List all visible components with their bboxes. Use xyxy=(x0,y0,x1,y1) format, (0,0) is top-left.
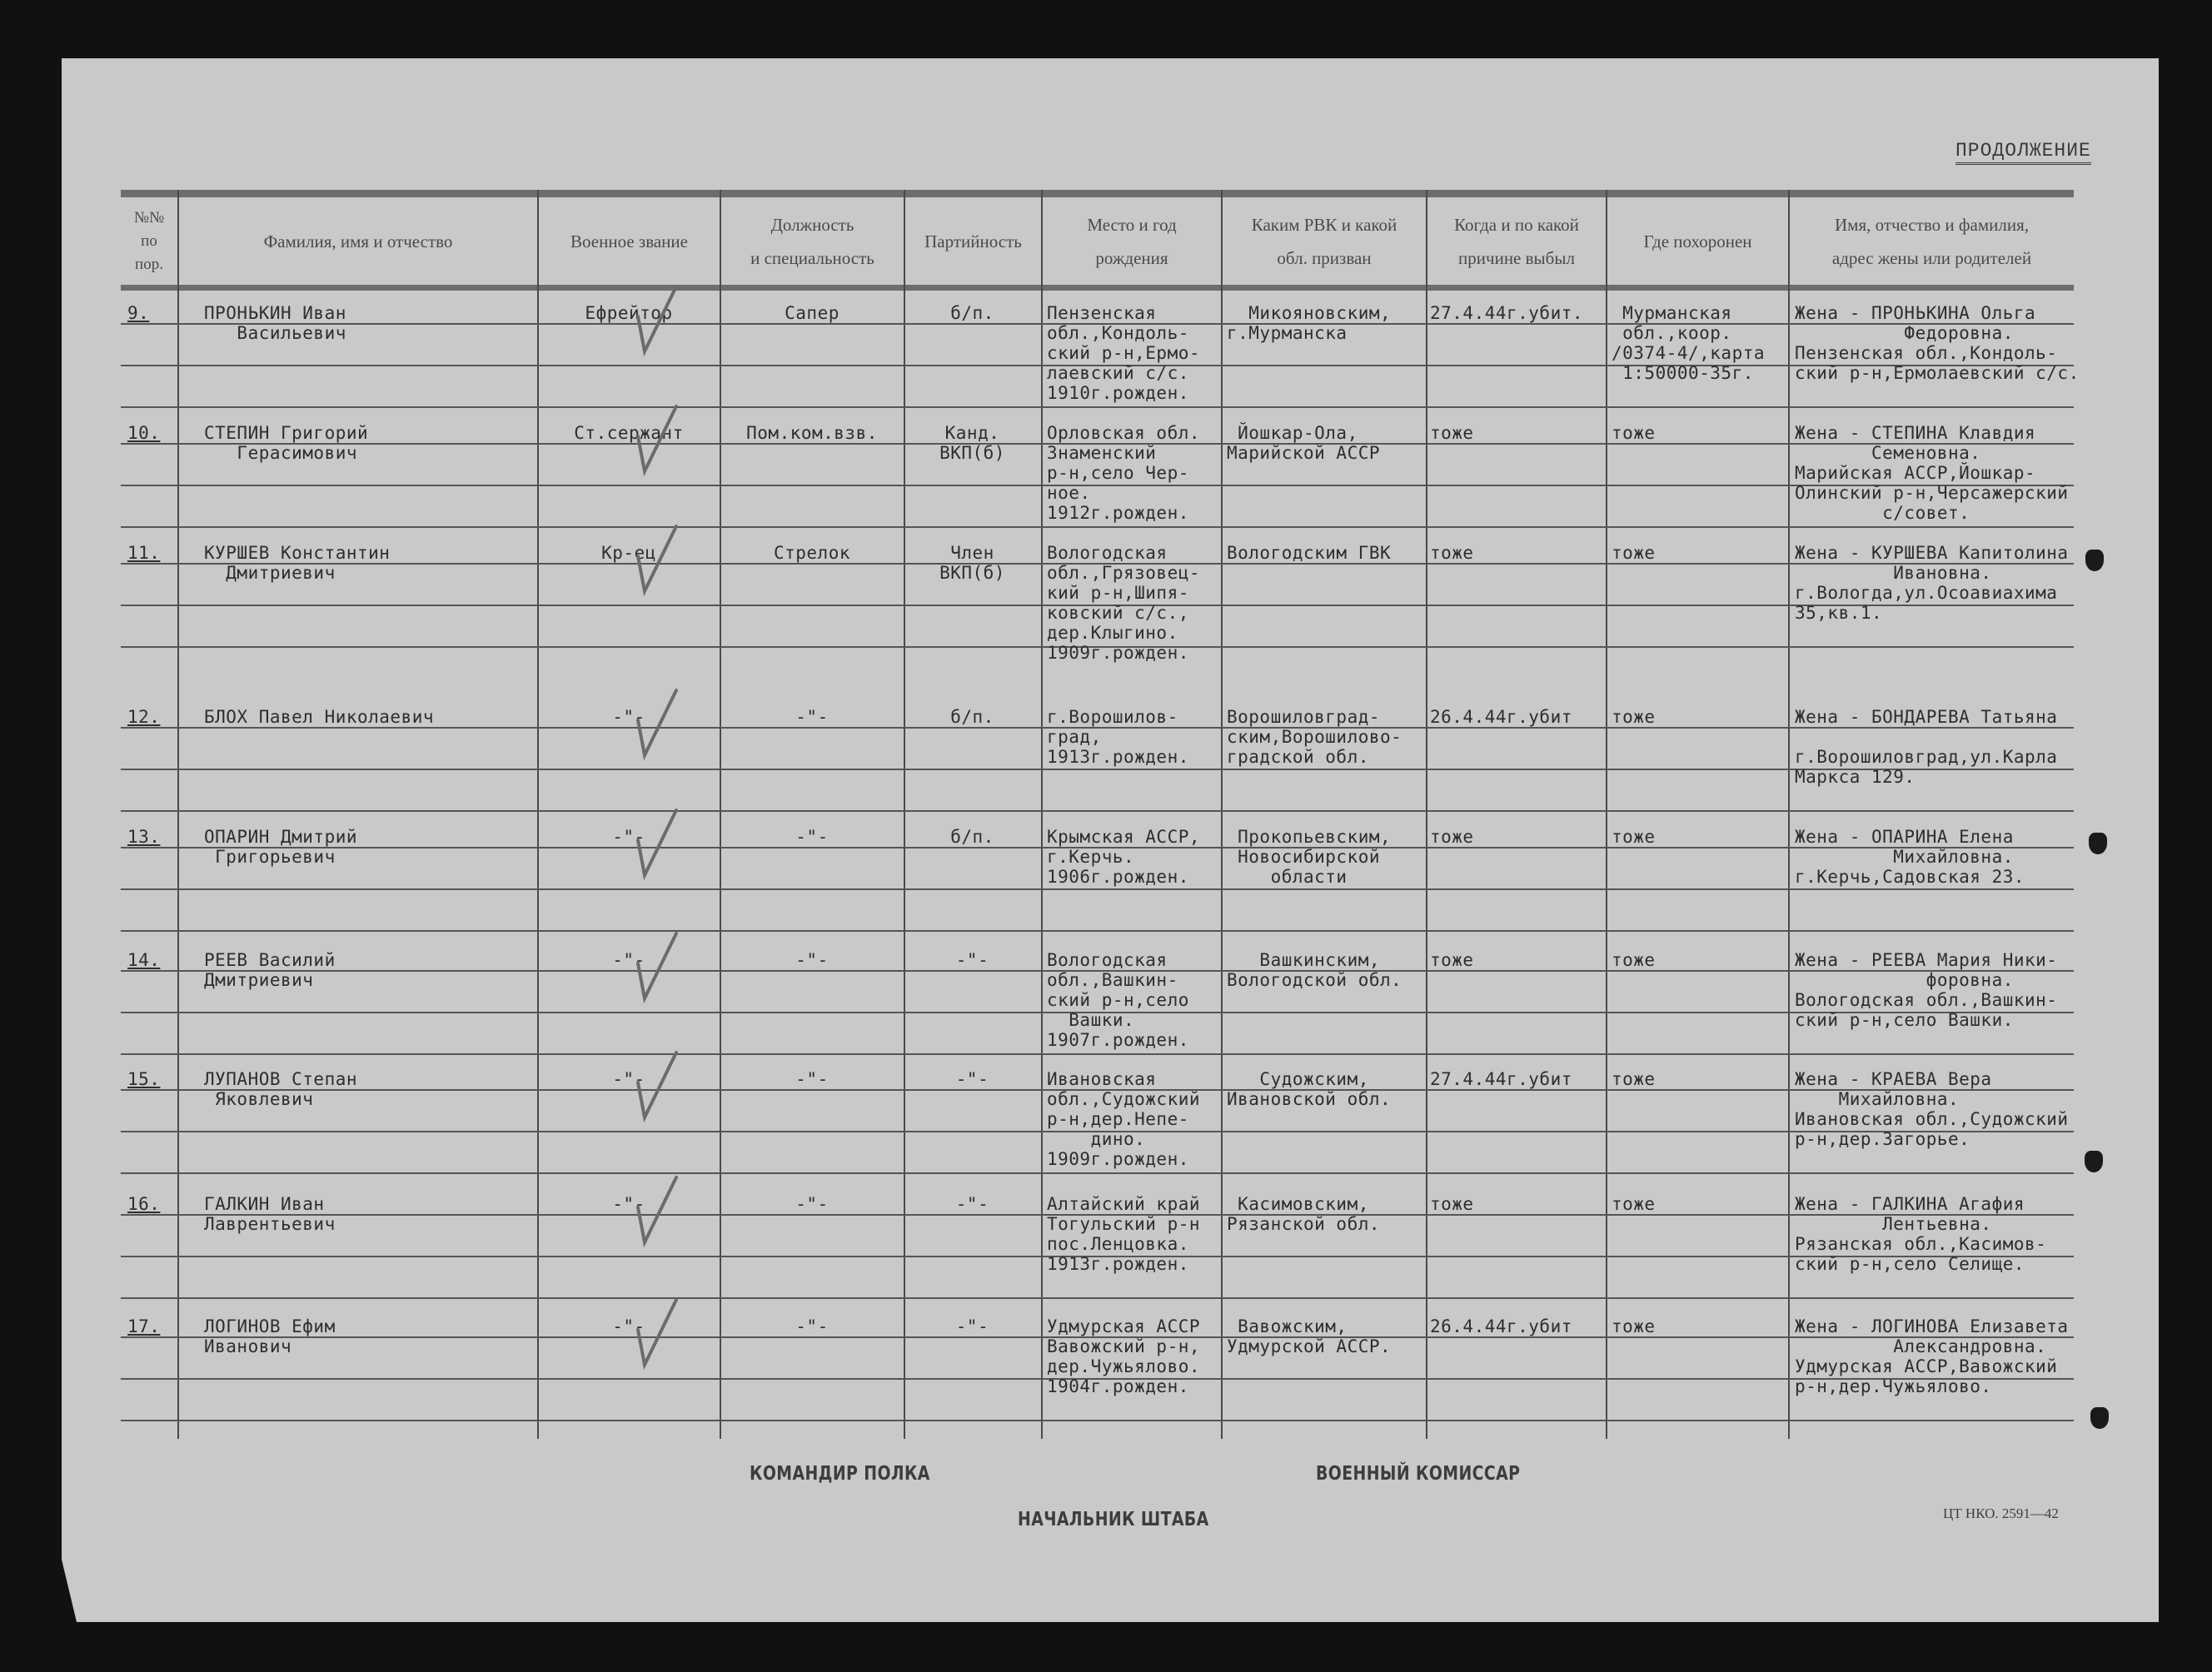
cell-relatives: Жена - КРАЕВА Вера Михайловна. Ивановска… xyxy=(1795,1069,2074,1149)
cell-relatives: Жена - ГАЛКИНА Агафия Лентьевна. Рязанск… xyxy=(1795,1194,2074,1274)
ruled-line xyxy=(121,930,2074,932)
cell-departure: тоже xyxy=(1430,1194,1605,1214)
military-commissar-label: ВОЕННЫЙ КОМИССАР xyxy=(1316,1463,1520,1485)
cell-rank: -"- xyxy=(541,1316,716,1336)
cell-name: КУРШЕВ Константин Дмитриевич xyxy=(204,543,529,583)
cell-name: БЛОХ Павел Николаевич xyxy=(204,707,529,727)
cell-draft: Вашкинским, Вологодской обл. xyxy=(1227,950,1427,990)
header-bottom-rule xyxy=(121,285,2074,291)
cell-position: -"- xyxy=(725,827,899,847)
casualty-table: №№ по пор. Фамилия, имя и отчество Военн… xyxy=(121,190,2074,1439)
header-draft-office: Каким РВК и какой обл. призван xyxy=(1223,197,1426,285)
table-row: 12.БЛОХ Павел Николаевич-"--"-б/п.г.Воро… xyxy=(121,695,2074,815)
cell-rank: -"- xyxy=(541,950,716,970)
cell-draft: Судожским, Ивановской обл. xyxy=(1227,1069,1427,1109)
cell-burial: тоже xyxy=(1612,950,1788,970)
cell-name: СТЕПИН Григорий Герасимович xyxy=(204,423,529,463)
table-row: 10.СТЕПИН Григорий ГерасимовичСт.сержант… xyxy=(121,411,2074,531)
cell-relatives: Жена - ОПАРИНА Елена Михайловна. г.Керчь… xyxy=(1795,827,2074,887)
cell-departure: тоже xyxy=(1430,827,1605,847)
cell-draft: Вавожским, Удмурской АССР. xyxy=(1227,1316,1427,1356)
punch-hole xyxy=(2085,550,2104,571)
header-party: Партийность xyxy=(905,197,1041,285)
cell-num: 11. xyxy=(127,543,174,563)
cell-position: -"- xyxy=(725,707,899,727)
cell-party: -"- xyxy=(908,950,1037,970)
header-number: №№ по пор. xyxy=(121,197,177,285)
cell-position: -"- xyxy=(725,950,899,970)
ruled-line xyxy=(121,769,2074,770)
cell-position: -"- xyxy=(725,1194,899,1214)
cell-rank: Кр-ец xyxy=(541,543,716,563)
cell-birth: Удмурская АССР Вавожский р-н, дер.Чужьял… xyxy=(1047,1316,1222,1396)
cell-departure: 26.4.44г.убит xyxy=(1430,707,1605,727)
cell-relatives: Жена - СТЕПИНА Клавдия Семеновна. Марийс… xyxy=(1795,423,2074,523)
cell-party: б/п. xyxy=(908,707,1037,727)
cell-draft: Йошкар-Ола, Марийской АССР xyxy=(1227,423,1427,463)
cell-name: ГАЛКИН Иван Лаврентьевич xyxy=(204,1194,529,1234)
cell-relatives: Жена - ЛОГИНОВА Елизавета Александровна.… xyxy=(1795,1316,2074,1396)
cell-rank: -"- xyxy=(541,827,716,847)
cell-num: 13. xyxy=(127,827,174,847)
ruled-line xyxy=(121,1172,2074,1174)
cell-party: Член ВКП(б) xyxy=(908,543,1037,583)
cell-birth: Вологодская обл.,Грязовец- кий р-н,Шипя-… xyxy=(1047,543,1222,663)
cell-burial: тоже xyxy=(1612,1194,1788,1214)
ruled-line xyxy=(121,810,2074,812)
cell-num: 14. xyxy=(127,950,174,970)
cell-name: ПРОНЬКИН Иван Васильевич xyxy=(204,303,529,343)
ruled-line xyxy=(121,1297,2074,1299)
cell-draft: Вологодским ГВК xyxy=(1227,543,1427,563)
cell-relatives: Жена - РЕЕВА Мария Ники- форовна. Волого… xyxy=(1795,950,2074,1030)
cell-departure: 27.4.44г.убит. xyxy=(1430,303,1605,323)
cell-burial: тоже xyxy=(1612,543,1788,563)
cell-party: -"- xyxy=(908,1194,1037,1214)
cell-burial: тоже xyxy=(1612,707,1788,727)
chief-of-staff-label: НАЧАЛЬНИК ШТАБА xyxy=(1018,1509,1209,1530)
table-row: 9.ПРОНЬКИН Иван ВасильевичЕфрейторСаперб… xyxy=(121,291,2074,411)
table-top-rule xyxy=(121,190,2074,197)
cell-departure: тоже xyxy=(1430,950,1605,970)
cell-rank: Ст.сержант xyxy=(541,423,716,443)
cell-party: б/п. xyxy=(908,827,1037,847)
cell-burial: тоже xyxy=(1612,1069,1788,1089)
cell-birth: Вологодская обл.,Вашкин- ский р-н,село В… xyxy=(1047,950,1222,1050)
ruled-line xyxy=(121,526,2074,528)
table-row: 15.ЛУПАНОВ Степан Яковлевич-"--"--"-Иван… xyxy=(121,1057,2074,1182)
table-row: 13.ОПАРИН Дмитрий Григорьевич-"--"-б/п.К… xyxy=(121,815,2074,938)
header-full-name: Фамилия, имя и отчество xyxy=(179,197,537,285)
cell-position: -"- xyxy=(725,1069,899,1089)
cell-draft: Микояновским, г.Мурманска xyxy=(1227,303,1427,343)
regiment-commander-label: КОМАНДИР ПОЛКА xyxy=(750,1463,930,1485)
continuation-label: ПРОДОЛЖЕНИЕ xyxy=(1955,140,2091,165)
cell-num: 17. xyxy=(127,1316,174,1336)
ruled-line xyxy=(121,888,2074,890)
cell-departure: 26.4.44г.убит xyxy=(1430,1316,1605,1336)
cell-name: ЛУПАНОВ Степан Яковлевич xyxy=(204,1069,529,1109)
cell-birth: Ивановская обл.,Судожский р-н,дер.Непе- … xyxy=(1047,1069,1222,1169)
header-departure: Когда и по какой причине выбыл xyxy=(1427,197,1606,285)
cell-party: -"- xyxy=(908,1069,1037,1089)
cell-draft: Ворошиловград- ским,Ворошилово- градской… xyxy=(1227,707,1427,767)
header-position: Должность и специальность xyxy=(721,197,904,285)
ruled-line xyxy=(121,406,2074,408)
table-row: 14.РЕЕВ Василий Дмитриевич-"--"--"-Волог… xyxy=(121,938,2074,1057)
cell-burial: тоже xyxy=(1612,827,1788,847)
cell-position: Сапер xyxy=(725,303,899,323)
cell-rank: -"- xyxy=(541,1194,716,1214)
punch-hole xyxy=(2089,833,2107,854)
cell-birth: Алтайский край Тогульский р-н пос.Ленцов… xyxy=(1047,1194,1222,1274)
cell-burial: тоже xyxy=(1612,423,1788,443)
cell-departure: тоже xyxy=(1430,543,1605,563)
cell-departure: тоже xyxy=(1430,423,1605,443)
cell-party: б/п. xyxy=(908,303,1037,323)
cell-name: ОПАРИН Дмитрий Григорьевич xyxy=(204,827,529,867)
cell-draft: Прокопьевским, Новосибирской области xyxy=(1227,827,1427,887)
ruled-line xyxy=(121,1420,2074,1421)
cell-position: Пом.ком.взв. xyxy=(725,423,899,443)
cell-num: 10. xyxy=(127,423,174,443)
cell-relatives: Жена - БОНДАРЕВА Татьяна г.Ворошиловград… xyxy=(1795,707,2074,787)
cell-rank: -"- xyxy=(541,707,716,727)
cell-relatives: Жена - ПРОНЬКИНА Ольга Федоровна. Пензен… xyxy=(1795,303,2074,383)
cell-party: -"- xyxy=(908,1316,1037,1336)
cell-num: 12. xyxy=(127,707,174,727)
cell-num: 16. xyxy=(127,1194,174,1214)
ruled-line xyxy=(121,1053,2074,1055)
cell-name: РЕЕВ Василий Дмитриевич xyxy=(204,950,529,990)
cell-rank: -"- xyxy=(541,1069,716,1089)
header-birth: Место и год рождения xyxy=(1043,197,1221,285)
table-row: 17.ЛОГИНОВ Ефим Иванович-"--"--"-Удмурск… xyxy=(121,1305,2074,1438)
punch-hole xyxy=(2085,1151,2103,1172)
cell-position: Стрелок xyxy=(725,543,899,563)
cell-burial: Мурманская обл.,коор. /0374-4/,карта 1:5… xyxy=(1612,303,1788,383)
cell-birth: г.Ворошилов- град, 1913г.рожден. xyxy=(1047,707,1222,767)
cell-rank: Ефрейтор xyxy=(541,303,716,323)
header-rank: Военное звание xyxy=(539,197,720,285)
cell-relatives: Жена - КУРШЕВА Капитолина Ивановна. г.Во… xyxy=(1795,543,2074,623)
cell-birth: Орловская обл. Знаменский р-н,село Чер- … xyxy=(1047,423,1222,523)
cell-party: Канд. ВКП(б) xyxy=(908,423,1037,463)
table-row: 16.ГАЛКИН Иван Лаврентьевич-"--"--"-Алта… xyxy=(121,1182,2074,1305)
cell-num: 9. xyxy=(127,303,174,323)
cell-draft: Касимовским, Рязанской обл. xyxy=(1227,1194,1427,1234)
cell-burial: тоже xyxy=(1612,1316,1788,1336)
cell-birth: Крымская АССР, г.Керчь. 1906г.рожден. xyxy=(1047,827,1222,887)
cell-birth: Пензенская обл.,Кондоль- ский р-н,Ермо- … xyxy=(1047,303,1222,403)
form-code: ЦТ НКО. 2591—42 xyxy=(1943,1505,2059,1522)
cell-position: -"- xyxy=(725,1316,899,1336)
cell-num: 15. xyxy=(127,1069,174,1089)
header-burial: Где похоронен xyxy=(1607,197,1788,285)
table-row: 11.КУРШЕВ Константин ДмитриевичКр-ецСтре… xyxy=(121,531,2074,695)
header-relatives: Имя, отчество и фамилия, адрес жены или … xyxy=(1790,197,2074,285)
cell-departure: 27.4.44г.убит xyxy=(1430,1069,1605,1089)
punch-hole xyxy=(2090,1407,2109,1429)
cell-name: ЛОГИНОВ Ефим Иванович xyxy=(204,1316,529,1356)
